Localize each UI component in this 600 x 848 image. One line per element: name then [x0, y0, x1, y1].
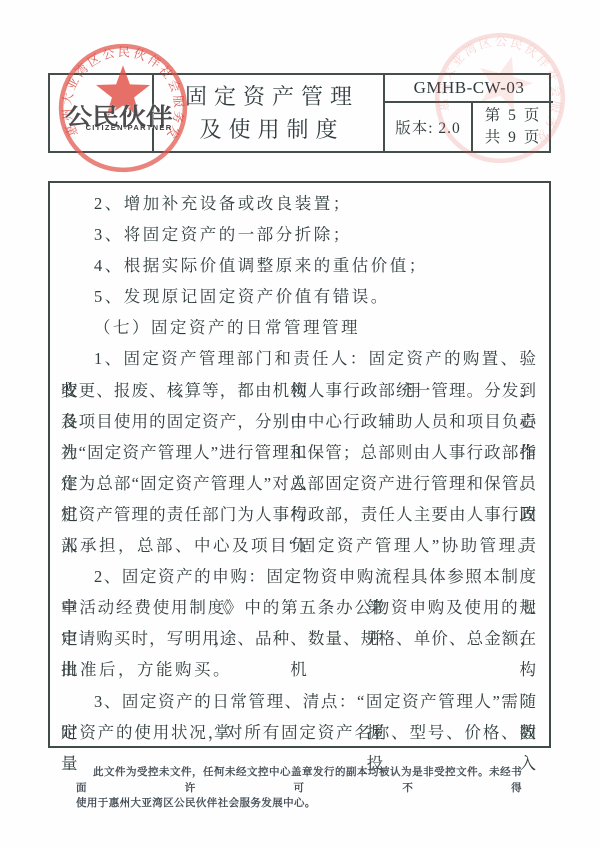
footer-line-1: 此文件为受控未文件，任何未经文控中心盖章发行的副本均被认为是非受控文件。未经书面… [76, 765, 522, 796]
body-line: 3、固定资产的日常管理、清点：“固定资产管理人”需随时掌握固 [61, 686, 537, 717]
body-line: 2、固定资产的申购：固定物资申购流程具体参照本制度中《第七 [61, 561, 537, 592]
footer-line-2: 使用于惠州大亚湾区公民伙伴社会服务发展中心。 [76, 796, 522, 812]
header-info-bottom: 版本: 2.0 第 5 页 共 9 页 [385, 103, 553, 151]
body-line: 申请购买时，写明用途、品种、数量、规格、单价、总金额，由机构 [61, 623, 537, 654]
body-line: 作为总部“固定资产管理人”对总部固定资产进行管理和保管。机构固 [61, 468, 537, 499]
document-page: 固定资产管理 及使用制度 GMHB-CW-03 版本: 2.0 第 5 页 共 … [0, 0, 600, 848]
title-line-1: 固定资产管理 [178, 80, 359, 113]
body-line: 1、固定资产管理部门和责任人：固定资产的购置、验收、领用、 [61, 343, 537, 374]
body-line: 2、增加补充设备或改良装置； [61, 188, 537, 219]
controlled-document-note: 此文件为受控未文件，任何未经文控中心盖章发行的副本均被认为是非受控文件。未经书面… [76, 765, 522, 812]
header-info-cell: GMHB-CW-03 版本: 2.0 第 5 页 共 9 页 [385, 75, 553, 151]
body-line: 变更、报废、核算等，都由机构人事行政部统一管理。分发到各中心 [61, 375, 537, 406]
body-line: 人承担，总部、中心及项目“固定资产管理人”协助管理。 [61, 530, 537, 561]
document-title: 固定资产管理 及使用制度 [154, 75, 385, 151]
page-total: 共 9 页 [485, 127, 542, 149]
title-line-2: 及使用制度 [192, 113, 344, 146]
body-line: 定资产管理的责任部门为人事行政部，责任人主要由人事行政部负责 [61, 499, 537, 530]
version-label: 版本: 2.0 [385, 103, 473, 151]
body-line: 4、根据实际价值调整原来的重估价值； [61, 250, 537, 281]
document-code: GMHB-CW-03 [385, 75, 553, 103]
body-line: 3、将固定资产的一部分折除； [61, 219, 537, 250]
page-current: 第 5 页 [485, 105, 542, 127]
body-line: 5、发现原记固定资产价值有错误。 [61, 281, 537, 312]
body-line: 定资产的使用状况，对所有固定资产名称、型号、价格、数量、投入 [61, 717, 537, 748]
body-line: 及项目使用的固定资产，分别由中心行政辅助人员和项目负责社工作 [61, 406, 537, 437]
header-logo-cell [50, 75, 154, 151]
page-number: 第 5 页 共 9 页 [473, 103, 553, 151]
body-line: （七）固定资产的日常管理管理 [61, 312, 537, 343]
body-line: 为“固定资产管理人”进行管理和保管；总部则由人事行政部指定人员 [61, 437, 537, 468]
header-table: 固定资产管理 及使用制度 GMHB-CW-03 版本: 2.0 第 5 页 共 … [48, 73, 551, 153]
body-line: 章活动经费使用制度》中的第五条办公物资申购及使用的规定，并在 [61, 592, 537, 623]
document-body: 2、增加补充设备或改良装置； 3、将固定资产的一部分折除； 4、根据实际价值调整… [48, 181, 551, 748]
